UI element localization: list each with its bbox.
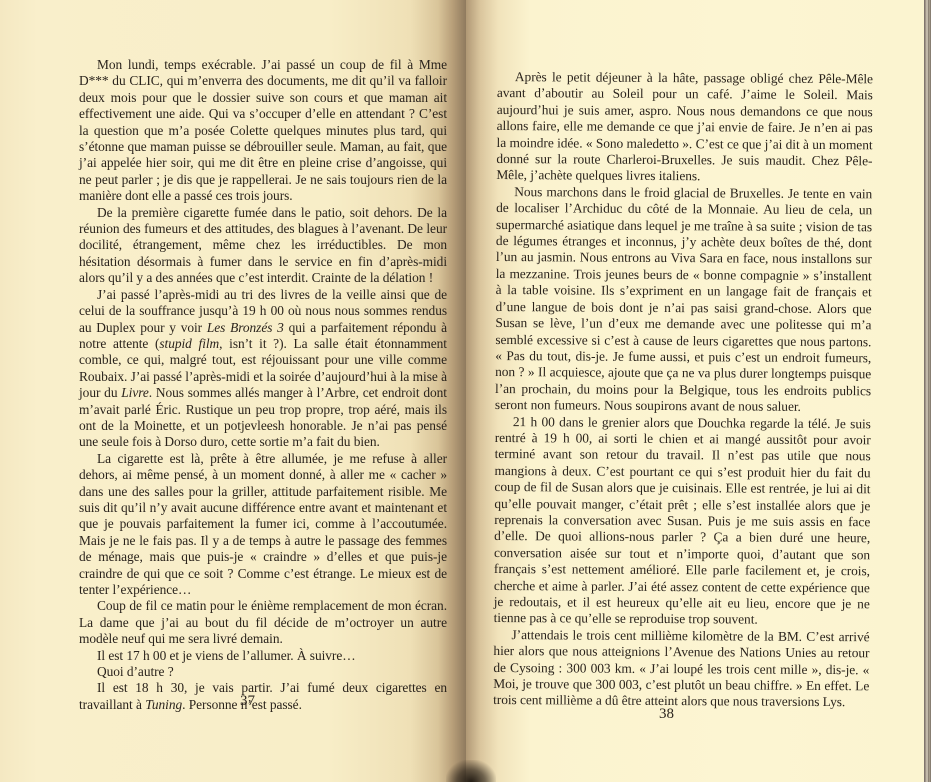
italic-phrase: stupid film xyxy=(159,336,219,351)
film-title: Les Bronzés 3 xyxy=(207,320,284,335)
left-page: Mon lundi, temps exécrable. J’ai passé u… xyxy=(0,0,466,782)
work-title: Tuning xyxy=(145,697,182,712)
paragraph: Il est 18 h 30, je vais partir. J’ai fum… xyxy=(79,680,447,713)
paragraph: La cigarette est là, prête à être allumé… xyxy=(79,451,447,599)
paragraph: Coup de fil ce matin pour le énième remp… xyxy=(79,598,447,647)
paragraph: 21 h 00 dans le grenier alors que Douchk… xyxy=(494,414,871,630)
gutter-shadow xyxy=(446,760,496,782)
book-title: Livre xyxy=(121,385,149,400)
paragraph: J’attendais le trois cent millième kilom… xyxy=(493,627,869,711)
paragraph: Quoi d’autre ? xyxy=(79,664,447,680)
page-number-right: 38 xyxy=(659,706,674,723)
paragraph: Après le petit déjeuner à la hâte, passa… xyxy=(496,69,873,186)
paragraph: De la première cigarette fumée dans le p… xyxy=(79,205,447,287)
paragraph: J’ai passé l’après-midi au tri des livre… xyxy=(79,287,447,451)
right-page-text: Après le petit déjeuner à la hâte, passa… xyxy=(493,69,873,711)
page-edges xyxy=(924,0,931,782)
paragraph: Mon lundi, temps exécrable. J’ai passé u… xyxy=(79,57,447,205)
open-book: Mon lundi, temps exécrable. J’ai passé u… xyxy=(0,0,931,782)
page-number-left: 37 xyxy=(240,693,255,710)
paragraph: Il est 17 h 00 et je viens de l’allumer.… xyxy=(79,648,447,664)
left-page-text: Mon lundi, temps exécrable. J’ai passé u… xyxy=(79,57,447,713)
paragraph: Nous marchons dans le froid glacial de B… xyxy=(495,184,872,416)
